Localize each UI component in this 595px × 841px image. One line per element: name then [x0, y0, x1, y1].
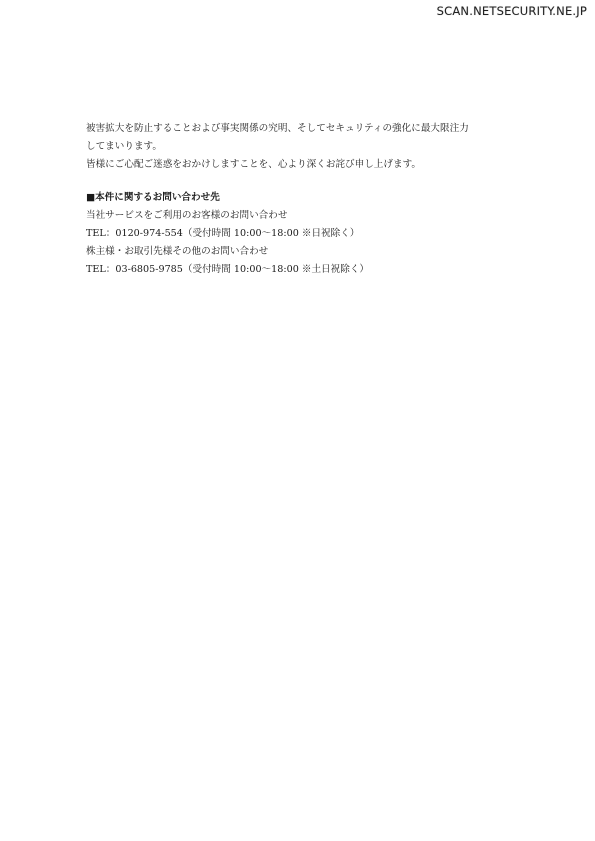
- document-body: 被害拡大を防止することおよび事実関係の究明、そしてセキュリティの強化に最大限注力…: [86, 120, 526, 279]
- section-spacer: [86, 174, 526, 189]
- contact-line-customers-tel: TEL：0120-974-554（受付時間 10:00～18:00 ※日祝除く）: [86, 225, 526, 243]
- contact-heading: ■本件に関するお問い合わせ先: [86, 189, 526, 207]
- paragraph-line: してまいります。: [86, 138, 526, 156]
- contact-line-customers-label: 当社サービスをご利用のお客様のお問い合わせ: [86, 207, 526, 225]
- paragraph-line: 被害拡大を防止することおよび事実関係の究明、そしてセキュリティの強化に最大限注力: [86, 120, 526, 138]
- contact-line-shareholders-tel: TEL：03-6805-9785（受付時間 10:00～18:00 ※土日祝除く…: [86, 261, 526, 279]
- contact-line-shareholders-label: 株主様・お取引先様その他のお問い合わせ: [86, 243, 526, 261]
- site-watermark: SCAN.NETSECURITY.NE.JP: [437, 4, 587, 18]
- paragraph-line: 皆様にご心配ご迷惑をおかけしますことを、心より深くお詫び申し上げます。: [86, 156, 526, 174]
